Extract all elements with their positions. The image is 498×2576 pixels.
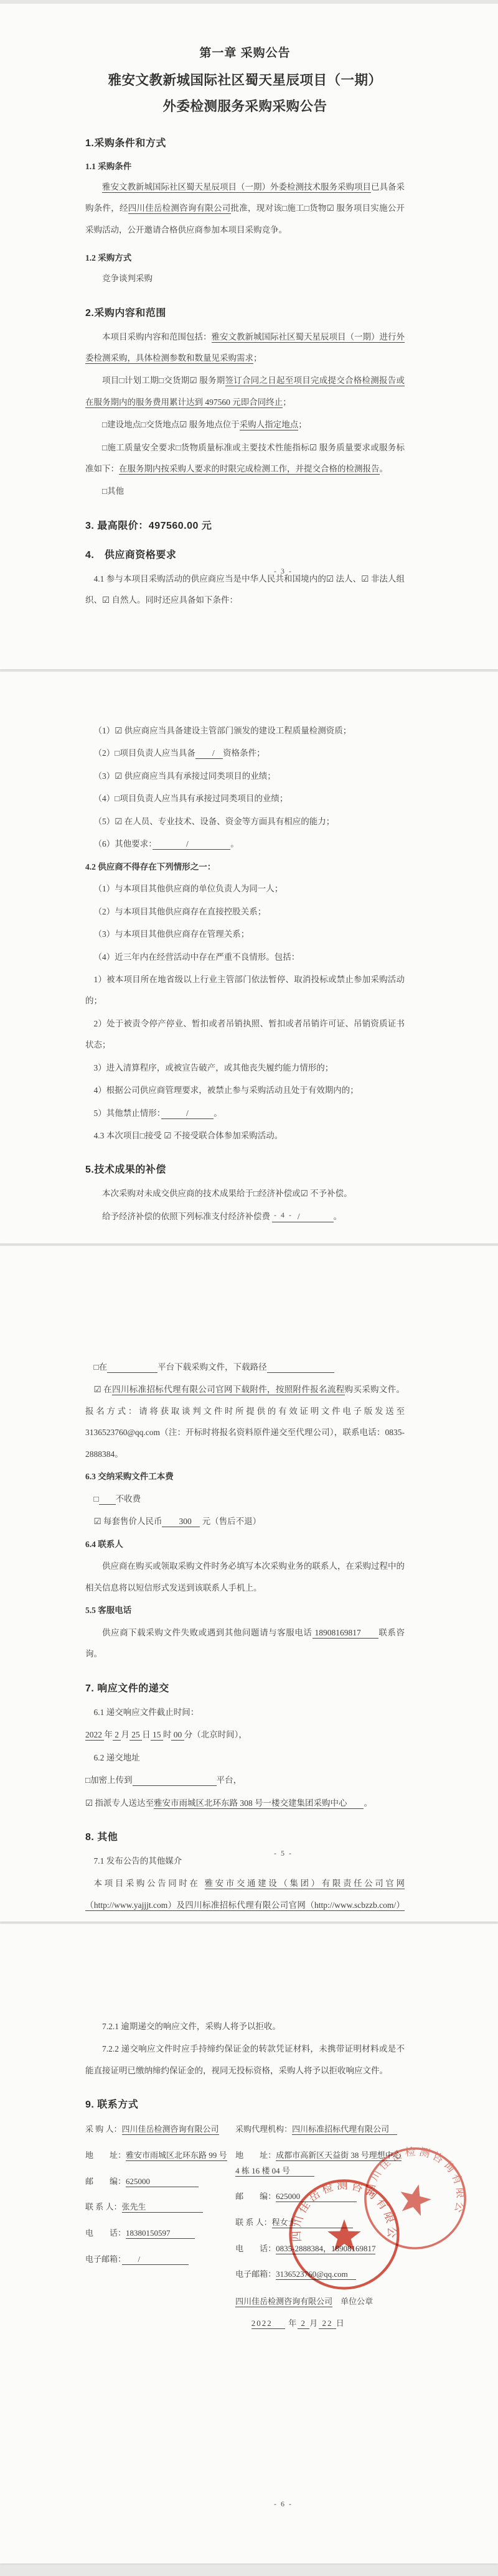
text-run: 7.2.1 逾期递交的响应文件，采购人将予以拒收。 (102, 2022, 281, 2031)
text-run: □其他 (102, 486, 124, 496)
text-run: 2.采购内容和范围 (85, 308, 166, 319)
text-run: 。 (364, 1798, 372, 1808)
paragraph: （6）其他要求： / 。 (85, 834, 405, 855)
page-number: - 3 - (0, 567, 498, 576)
section-heading: 6. 采购文件的获取 (85, 1242, 405, 1244)
section-heading: 3. 最高限价：497560.00 元 (85, 518, 405, 532)
contact-row: 采购代理机构：四川标准招标代理有限公司 (235, 2122, 405, 2137)
paragraph: （1）☑ 供应商应当具备建设主管部门颁发的建设工程质量检测资质； (85, 720, 405, 742)
text-run: 5.5 客服电话 (85, 1606, 131, 1615)
text-run: 7.2.2 递交响应文件时应手持缔约保证金的转款凭证材料，未携带证明材料或是不能… (85, 2044, 405, 2075)
text-run: 项目□计划工期□交货期☑ 服务期 (102, 376, 225, 385)
text-run: □ (94, 1494, 99, 1504)
text-run: 竞争谈判采购 (102, 274, 153, 283)
text-run: 4）根据公司供应商管理要求，被禁止参与采购活动且处于有效期内的； (94, 1086, 359, 1095)
text-run: 年 (285, 2318, 298, 2328)
seal-caption: 四川佳岳检测咨询有限公司 单位公章 (235, 2294, 405, 2310)
paragraph: 4.3 本次项目□接受 ☑ 不接受联合体参加采购活动。 (85, 1125, 405, 1146)
text-run: ☑ 每套售价人民币 (94, 1517, 162, 1526)
paragraph: 2022 年 2 月 25 日 15 时 00 分（北京时间）， (85, 1724, 405, 1746)
document-scan: 第一章 采购公告雅安文教新城国际社区蜀天星辰项目（一期）外委检测服务采购采购公告… (0, 0, 498, 2576)
page-number: - 5 - (0, 1849, 498, 1858)
contact-row: 邮 编：625000 (235, 2189, 405, 2205)
paragraph: （4）□项目负责人应当具有承接过同类项目的业绩； (85, 788, 405, 809)
text-run: 4.2 供应商不得存在下列情形之一： (85, 862, 215, 872)
paragraph: （3）☑ 供应商应当具有承接过同类项目的业绩； (85, 766, 405, 787)
text-run: 4. 供应商资格要求 (85, 550, 176, 560)
text-run: 8. 其他 (85, 1832, 118, 1843)
text-run: 时 (163, 1730, 172, 1739)
paragraph: □在 平台下载采购文件，下载路径 (85, 1357, 405, 1378)
paragraph: ☑ 每套售价人民币 300 元（售后不退） (85, 1511, 405, 1532)
text-run: 4.1 参与本项目采购活动的供应商应当是中华人民共和国境内的☑ 法人、☑ 非法人… (85, 574, 405, 605)
contact-value: 3136523760@qq.com (276, 2269, 356, 2280)
page-sheet-1: 第一章 采购公告雅安文教新城国际社区蜀天星辰项目（一期）外委检测服务采购采购公告… (0, 4, 498, 669)
text-run: 5.技术成果的补偿 (85, 1165, 166, 1175)
filled-blank: 2 (113, 1730, 121, 1741)
paragraph: 7.2.1 逾期递交的响应文件，采购人将予以拒收。 (85, 2016, 405, 2037)
page-sheet-2: （1）☑ 供应商应当具备建设主管部门颁发的建设工程质量检测资质；（2）□项目负责… (0, 672, 498, 1244)
text-run: □在 (94, 1362, 108, 1372)
text-run: ； (298, 420, 307, 429)
contact-row: 邮 编：625000 (85, 2174, 229, 2190)
text-run: 2）处于被责令停产停业、暂扣或者吊销执照、暂扣或者吊销许可证、吊销资质证书状态； (85, 1019, 405, 1049)
text-run: 6.4 联系人 (85, 1540, 123, 1549)
text-run: 。 (214, 1109, 222, 1118)
text-run: 分（北京时间）， (184, 1730, 247, 1739)
page-2-content: （1）☑ 供应商应当具备建设主管部门颁发的建设工程质量检测资质；（2）□项目负责… (0, 672, 498, 1244)
contact-label: 电子邮箱： (235, 2269, 276, 2279)
contact-label: 地 址： (235, 2151, 276, 2160)
document-title-line: 雅安文教新城国际社区蜀天星辰项目（一期） (85, 68, 405, 94)
text-run: 本项目采购内容和范围包括： (102, 332, 212, 342)
contact-label: 联 系 人： (235, 2218, 272, 2227)
signature-date: 2022 年 2 月 22 日 (251, 2316, 405, 2332)
text-run: （6）其他要求： (94, 839, 153, 849)
contact-label: 电 话： (85, 2228, 126, 2238)
filled-blank (267, 1362, 334, 1373)
text-run: 。 (380, 464, 388, 473)
text-run: 1.2 采购方式 (85, 253, 131, 263)
text-run: 元（售后不退） (200, 1517, 261, 1526)
filled-blank: 采购人指定地点 (240, 420, 299, 430)
contact-row: 电 话：18380150597 (85, 2226, 229, 2241)
text-run: 1.采购条件和方式 (85, 138, 166, 149)
section-heading: 4. 供应商资格要求 (85, 547, 405, 561)
text-run: 7. 响应文件的递交 (85, 1683, 169, 1694)
text-run: （1）与本项目其他供应商的单位负责人为同一人； (94, 884, 283, 893)
filled-blank: 25 (129, 1730, 142, 1741)
text-run: ☑ 指派专人送达至 (85, 1798, 154, 1808)
text-run: 日 (142, 1730, 151, 1739)
section-heading: 7. 响应文件的递交 (85, 1680, 405, 1695)
section-heading: 2.采购内容和范围 (85, 305, 405, 319)
text-run: 第一章 采购公告 (199, 47, 290, 60)
text-run: （3）☑ 供应商应当具有承接过同类项目的业绩； (94, 771, 276, 781)
page-sheet-3: □在 平台下载采购文件，下载路径 ☑ 在四川标准招标代理有限公司官网下载附件，按… (0, 1246, 498, 1922)
subsection-heading: 6.4 联系人 (85, 1534, 405, 1555)
subsection-heading: 1.2 采购方式 (85, 251, 405, 263)
purchaser-column: 采 购 人：四川佳岳检测咨询有限公司地 址：雅安市雨城区北环东路 99 号邮 编… (85, 2122, 235, 2293)
paragraph: □施工质量安全要求□货物质量标准或主要技术性能指标☑ 服务质量要求或服务标准如下… (85, 437, 405, 480)
filled-blank: 22 (319, 2318, 336, 2329)
section-heading: 8. 其他 (85, 1829, 405, 1843)
paragraph: 4）根据公司供应商管理要求，被禁止参与采购活动且处于有效期内的； (85, 1080, 405, 1101)
filled-blank: 在服务期内按采购人要求的时限完成检测工作，并提交合格的检测报告 (119, 464, 380, 475)
filled-blank (107, 1362, 157, 1373)
contact-row: 地 址：雅安市雨城区北环东路 99 号 (85, 2148, 229, 2164)
contact-label: 采 购 人： (85, 2124, 122, 2134)
paragraph: 供应商在购买或领取采购文件时务必填写本次采购业务的联系人，在采购过程中的相关信息… (85, 1556, 405, 1599)
contact-label: 地 址： (85, 2151, 126, 2160)
contact-info-block: 采 购 人：四川佳岳检测咨询有限公司地 址：雅安市雨城区北环东路 99 号邮 编… (85, 2122, 405, 2293)
contact-value: 张先生 (122, 2202, 203, 2213)
text-run: 4.3 本次项目□接受 ☑ 不接受联合体参加采购活动。 (94, 1131, 283, 1140)
text-run: 5）其他禁止情形： (94, 1109, 161, 1118)
text-run: 单位公章 (332, 2297, 373, 2306)
filled-blank: 四川佳岳检测咨询有限公司 (235, 2297, 332, 2307)
text-run: 外委检测服务采购采购公告 (162, 99, 327, 114)
filled-blank: 四川佳岳检测咨询有限公司 (128, 203, 231, 214)
contact-label: 邮 编： (85, 2177, 126, 2186)
contact-value: 625000 (276, 2192, 357, 2202)
text-run: 1）被本项目所在地省级以上行业主管部门依法暂停、取消投标或禁止参加采购活动的； (85, 975, 405, 1005)
text-run: 供应商在购买或领取采购文件时务必填写本次采购业务的联系人，在采购过程中的相关信息… (85, 1561, 405, 1592)
filled-blank: 雅安市雨城区北环东路 308 号一楼交建集团采购中心 (154, 1798, 364, 1809)
paragraph: 1）被本项目所在地省级以上行业主管部门依法暂停、取消投标或禁止参加采购活动的； (85, 969, 405, 1012)
section-heading: 1.采购条件和方式 (85, 135, 405, 149)
filled-blank: / (161, 1109, 214, 1119)
paragraph: 供应商下载采购文件失败或遇到其他问题请与客服电话 18908169817 联系咨… (85, 1622, 405, 1665)
paragraph: 本项目采购内容和范围包括：雅安文教新城国际社区蜀天星辰项目（一期）进行外委检测采… (85, 327, 405, 370)
text-run: 平台， (217, 1775, 242, 1785)
filled-blank: 18908169817 (312, 1628, 379, 1639)
paragraph: （1）与本项目其他供应商的单位负责人为同一人； (85, 878, 405, 900)
contact-row: 联 系 人：张先生 (85, 2200, 229, 2215)
paragraph: （5）☑ 在人员、专业技术、设备、资金等方面具有相应的能力； (85, 811, 405, 832)
contact-value: 四川佳岳检测咨询有限公司 (122, 2124, 219, 2135)
text-run: ☑ 在 (94, 1385, 113, 1394)
contact-value: 18380150597 (126, 2228, 195, 2239)
page-number: - 4 - (0, 1211, 498, 1220)
paragraph: 本项目采购公告同时在 雅安市交通建设（集团）有限责任公司官网（http://ww… (85, 1873, 405, 1922)
text-run: 资格条件； (223, 748, 265, 758)
text-run: （1）☑ 供应商应当具备建设主管部门颁发的建设工程质量检测资质； (94, 726, 352, 735)
paragraph: 竞争谈判采购 (85, 268, 405, 289)
text-run: 6.1 递交响应文件截止时间： (94, 1708, 199, 1717)
section-heading: 9. 联系方式 (85, 2096, 405, 2111)
paragraph: 6.2 递交地址 (85, 1747, 405, 1769)
text-run: （4）近三年内在经营活动中存在严重不良情形。包括： (94, 952, 300, 962)
text-run: 6.3 交纳采购文件工本费 (85, 1472, 174, 1481)
filled-blank: 300 (162, 1517, 200, 1527)
filled-blank: 00 (171, 1730, 184, 1741)
text-run: 平台下载采购文件，下载路径 (157, 1362, 267, 1372)
text-run: 3. 最高限价：497560.00 元 (85, 521, 212, 531)
filled-blank: 15 (151, 1730, 163, 1741)
paragraph: 7.2.2 递交响应文件时应手持缔约保证金的转款凭证材料，未携带证明材料或是不能… (85, 2039, 405, 2081)
text-run: 不收费 (116, 1494, 141, 1504)
paragraph: （2）□项目负责人应当具备 / 资格条件； (85, 743, 405, 764)
page-number: - 6 - (0, 2499, 498, 2509)
contact-value: / (122, 2254, 189, 2265)
text-run: □建设地点□交货地点☑ 服务地点位于 (102, 420, 240, 429)
contact-row: 地 址：成都市高新区天益街 38 号理想中心 4 栋 16 楼 04 号 (235, 2148, 405, 2178)
text-run: 3）进入清算程序，或被宣告破产，或其他丧失履约能力情形的； (94, 1063, 334, 1072)
paragraph: □ 不收费 (85, 1489, 405, 1510)
text-run: 年 (104, 1730, 113, 1739)
filled-blank: 2022 (251, 2318, 285, 2329)
contact-label: 采购代理机构： (235, 2124, 292, 2134)
contact-value: 625000 (126, 2177, 199, 2187)
filled-blank (99, 1494, 116, 1505)
contact-label: 电子邮箱： (85, 2254, 122, 2264)
paragraph: ☑ 在四川标准招标代理有限公司官网下载附件，按照附件报名流程购买采购文件。报名方… (85, 1379, 405, 1465)
contact-label: 电 话： (235, 2244, 276, 2253)
paragraph: （3）与本项目其他供应商存在管理关系； (85, 924, 405, 945)
text-run: ； (253, 353, 262, 363)
subsection-heading: 4.2 供应商不得存在下列情形之一： (85, 857, 405, 878)
filled-blank: / (195, 748, 223, 759)
page-sheet-4: 7.2.1 逾期递交的响应文件，采购人将予以拒收。7.2.2 递交响应文件时应手… (0, 1924, 498, 2564)
filled-blank (133, 1775, 217, 1786)
text-run: （2）与本项目其他供应商存在直接控股关系； (94, 907, 266, 916)
text-run: 本次采购对未成交供应商的技术成果给于□经济补偿或☑ 不予补偿。 (102, 1189, 352, 1198)
filled-blank: 2 (298, 2318, 309, 2329)
paragraph: 雅安文教新城国际社区蜀天星辰项目（一期）外委检测技术服务采购项目已具备采购条件，… (85, 177, 405, 241)
text-run: 1.1 采购条件 (85, 162, 131, 171)
text-run: ； (283, 398, 291, 407)
contact-row: 联 系 人：程女士 (235, 2215, 405, 2231)
paragraph: 2）处于被责令停产停业、暂扣或者吊销执照、暂扣或者吊销许可证、吊销资质证书状态； (85, 1013, 405, 1056)
subsection-heading: 5.5 客服电话 (85, 1600, 405, 1621)
contact-label: 邮 编： (235, 2192, 276, 2201)
text-run: （4）□项目负责人应当具有承接过同类项目的业绩； (94, 794, 288, 803)
paragraph: 6.1 递交响应文件截止时间： (85, 1702, 405, 1723)
text-run: 。 (230, 839, 239, 849)
text-run: 月 (121, 1730, 129, 1739)
text-run: （5）☑ 在人员、专业技术、设备、资金等方面具有相应的能力； (94, 817, 335, 826)
document-title-line: 外委检测服务采购采购公告 (85, 94, 405, 120)
paragraph: （4）近三年内在经营活动中存在严重不良情形。包括： (85, 947, 405, 968)
contact-row: 电 话：0835-2888384，18908169817 (235, 2241, 405, 2257)
section-heading: 5.技术成果的补偿 (85, 1161, 405, 1176)
text-run: （3）与本项目其他供应商存在管理关系； (94, 929, 250, 939)
filled-blank: 雅安文教新城国际社区蜀天星辰项目（一期）外委检测技术服务采购项目 (102, 182, 371, 193)
paragraph: ☑ 指派专人送达至雅安市雨城区北环东路 308 号一楼交建集团采购中心 。 (85, 1793, 405, 1814)
subsection-heading: 1.1 采购条件 (85, 159, 405, 172)
page-1-content: 第一章 采购公告雅安文教新城国际社区蜀天星辰项目（一期）外委检测服务采购采购公告… (0, 4, 498, 611)
page-4-content: 7.2.1 逾期递交的响应文件，采购人将予以拒收。7.2.2 递交响应文件时应手… (0, 1924, 498, 2331)
text-run: 供应商下载采购文件失败或遇到其他问题请与客服电话 (102, 1628, 312, 1637)
chapter-heading: 第一章 采购公告 (85, 44, 405, 60)
filled-blank: / (153, 839, 230, 850)
agency-column: 采购代理机构：四川标准招标代理有限公司 地 址：成都市高新区天益街 38 号理想… (235, 2122, 405, 2293)
text-run: 雅安文教新城国际社区蜀天星辰项目（一期） (108, 73, 382, 88)
paragraph: 3）进入清算程序，或被宣告破产，或其他丧失履约能力情形的； (85, 1058, 405, 1079)
contact-label: 联 系 人： (85, 2202, 122, 2211)
text-run: （2）□项目负责人应当具备 (94, 748, 195, 758)
subsection-heading: 6.3 交纳采购文件工本费 (85, 1466, 405, 1487)
text-run: 日 (336, 2318, 345, 2328)
contact-value: 雅安市雨城区北环东路 99 号 (126, 2151, 227, 2161)
text-run: 本项目采购公告同时在 (94, 1879, 205, 1888)
filled-blank: 四川标准招标代理有限公司官网下载附件，按照附件报名流程 (112, 1385, 344, 1395)
contact-value: 0835-2888384，18908169817 (276, 2244, 375, 2254)
paragraph: 项目□计划工期□交货期☑ 服务期签订合同之日起至项目完成提交合格检测报告或在服务… (85, 370, 405, 413)
paragraph: □加密上传到 平台， (85, 1770, 405, 1791)
paragraph: （2）与本项目其他供应商存在直接控股关系； (85, 901, 405, 923)
paragraph: □其他 (85, 481, 405, 502)
text-run: 月 (309, 2318, 319, 2328)
text-run: □加密上传到 (85, 1775, 133, 1785)
paragraph: 本次采购对未成交供应商的技术成果给于□经济补偿或☑ 不予补偿。 (85, 1183, 405, 1204)
contact-row: 电子邮箱： / (85, 2252, 229, 2267)
contact-row: 电子邮箱：3136523760@qq.com (235, 2267, 405, 2282)
paragraph: □建设地点□交货地点☑ 服务地点位于采购人指定地点； (85, 414, 405, 435)
filled-blank: 2022 (85, 1730, 104, 1741)
text-run: 6.2 递交地址 (94, 1753, 140, 1762)
contact-row: 采 购 人：四川佳岳检测咨询有限公司 (85, 2122, 229, 2137)
page-3-content: □在 平台下载采购文件，下载路径 ☑ 在四川标准招标代理有限公司官网下载附件，按… (0, 1246, 498, 1922)
contact-value: 程女士 (272, 2218, 353, 2228)
contact-value: 四川标准招标代理有限公司 (292, 2124, 397, 2135)
text-run: 购买采购文件。报名方式：请将获取谈判文件时所提供的有效证明文件电子版发送至 31… (85, 1385, 405, 1458)
paragraph: 5）其他禁止情形： / 。 (85, 1103, 405, 1124)
text-run: 9. 联系方式 (85, 2099, 138, 2110)
